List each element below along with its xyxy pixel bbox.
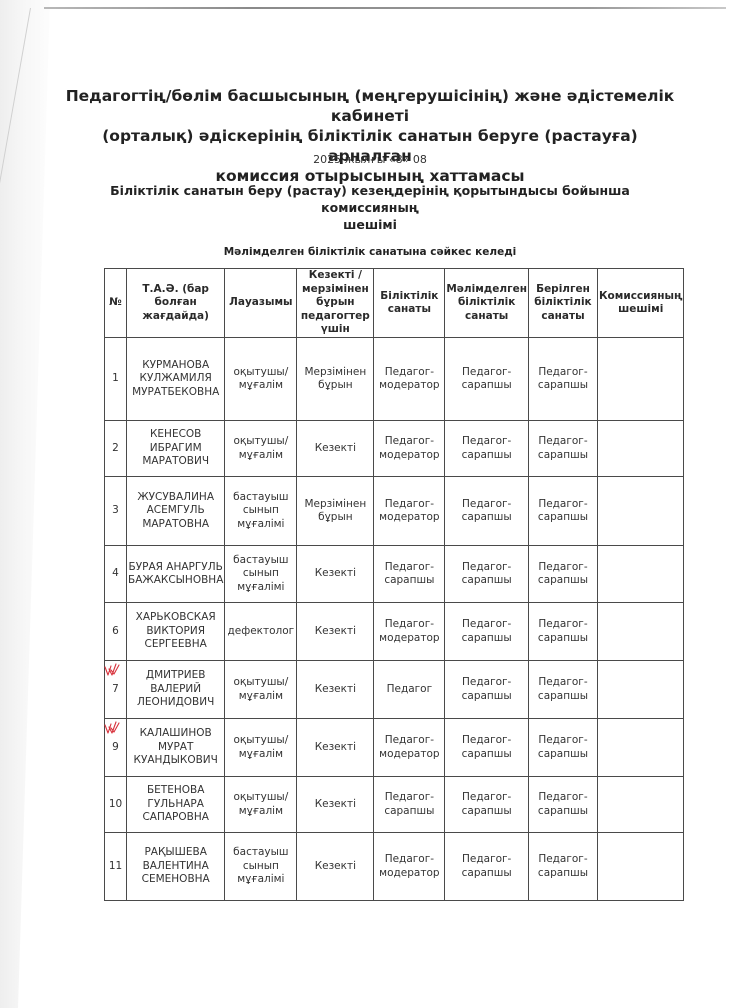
row-granted-category: Педагог-сарапшы	[528, 661, 597, 719]
row-granted-category: Педагог-сарапшы	[528, 477, 597, 546]
table-row: 10 БЕТЕНОВА ГУЛЬНАРА САПАРОВНА оқытушы/ …	[105, 777, 684, 833]
row-commission-decision	[597, 546, 684, 603]
row-commission-decision	[597, 477, 684, 546]
row-declared-category: Педагог-сарапшы	[445, 546, 529, 603]
row-position: оқытушы/ мұғалім	[225, 719, 297, 777]
row-type: Мерзімінен бұрын	[297, 477, 374, 546]
table-row: 4 БУРАЯ АНАРГУЛЬ БАЖАКСЫНОВНА бастауыш с…	[105, 546, 684, 603]
row-position: оқытушы/ мұғалім	[225, 777, 297, 833]
row-position: бастауыш сынып мұғалімі	[225, 833, 297, 901]
row-number-text: 7	[112, 683, 119, 695]
row-category: Педагог-сарапшы	[374, 777, 445, 833]
subtitle-line: Біліктілік санатын беру (растау) кезеңде…	[60, 182, 680, 216]
row-type: Кезекті	[297, 603, 374, 661]
row-position: оқытушы/ мұғалім	[225, 338, 297, 421]
row-category: Педагог-модератор	[374, 421, 445, 477]
row-full-name: ДМИТРИЕВ ВАЛЕРИЙ ЛЕОНИДОВИЧ	[127, 661, 225, 719]
header-type: Кезекті / мерзімінен бұрын педагогтер үш…	[297, 269, 374, 338]
row-number-text: 10	[109, 798, 122, 810]
table-row: 2 КЕНЕСОВ ИБРАГИМ МАРАТОВИЧ оқытушы/ мұғ…	[105, 421, 684, 477]
row-granted-category: Педагог-сарапшы	[528, 719, 597, 777]
row-type: Кезекті	[297, 421, 374, 477]
row-full-name: ЖУСУВАЛИНА АСЕМГУЛЬ МАРАТОВНА	[127, 477, 225, 546]
header-declared-category: Мәлімделген біліктілік санаты	[445, 269, 529, 338]
row-granted-category: Педагог-сарапшы	[528, 421, 597, 477]
table-row: 6 ХАРЬКОВСКАЯ ВИКТОРИЯ СЕРГЕЕВНА дефекто…	[105, 603, 684, 661]
document-date: 2025 жылғы «8» 08	[60, 153, 680, 166]
row-granted-category: Педагог-сарапшы	[528, 603, 597, 661]
table-row: 9 КАЛАШИНОВ МУРАТ КУАНДЫКОВИЧ оқытушы/ м…	[105, 719, 684, 777]
row-number-text: 6	[112, 625, 119, 637]
row-commission-decision	[597, 833, 684, 901]
row-number-text: 4	[112, 567, 119, 579]
row-granted-category: Педагог-сарапшы	[528, 546, 597, 603]
row-category: Педагог-модератор	[374, 338, 445, 421]
row-granted-category: Педагог-сарапшы	[528, 338, 597, 421]
header-category: Біліктілік санаты	[374, 269, 445, 338]
row-type: Кезекті	[297, 719, 374, 777]
handwritten-check-icon	[104, 663, 120, 677]
row-category: Педагог-модератор	[374, 719, 445, 777]
scan-page-fold	[0, 0, 60, 1008]
row-commission-decision	[597, 661, 684, 719]
table-header-row: № Т.А.Ә. (бар болған жағдайда) Лауазымы …	[105, 269, 684, 338]
row-type: Кезекті	[297, 661, 374, 719]
row-number-text: 3	[112, 504, 119, 516]
header-granted-category: Берілген біліктілік санаты	[528, 269, 597, 338]
row-full-name: КУРМАНОВА КУЛЖАМИЛЯ МУРАТБЕКОВНА	[127, 338, 225, 421]
row-granted-category: Педагог-сарапшы	[528, 833, 597, 901]
row-declared-category: Педагог-сарапшы	[445, 477, 529, 546]
row-full-name: КАЛАШИНОВ МУРАТ КУАНДЫКОВИЧ	[127, 719, 225, 777]
header-full-name: Т.А.Ә. (бар болған жағдайда)	[127, 269, 225, 338]
row-full-name: БЕТЕНОВА ГУЛЬНАРА САПАРОВНА	[127, 777, 225, 833]
row-declared-category: Педагог-сарапшы	[445, 338, 529, 421]
row-type: Мерзімінен бұрын	[297, 338, 374, 421]
row-number: 2	[105, 421, 127, 477]
row-position: оқытушы/ мұғалім	[225, 421, 297, 477]
header-position: Лауазымы	[225, 269, 297, 338]
table-row: 1 КУРМАНОВА КУЛЖАМИЛЯ МУРАТБЕКОВНА оқыту…	[105, 338, 684, 421]
row-declared-category: Педагог-сарапшы	[445, 603, 529, 661]
row-position: оқытушы/ мұғалім	[225, 661, 297, 719]
table-row: 11 РАҚЫШЕВА ВАЛЕНТИНА СЕМЕНОВНА бастауыш…	[105, 833, 684, 901]
row-type: Кезекті	[297, 546, 374, 603]
row-category: Педагог-модератор	[374, 603, 445, 661]
document-subtitle: Біліктілік санатын беру (растау) кезеңде…	[60, 182, 680, 233]
row-number-text: 1	[112, 372, 119, 384]
decision-table: № Т.А.Ә. (бар болған жағдайда) Лауазымы …	[104, 268, 684, 901]
row-category: Педагог-модератор	[374, 833, 445, 901]
row-full-name: КЕНЕСОВ ИБРАГИМ МАРАТОВИЧ	[127, 421, 225, 477]
table-row: 3 ЖУСУВАЛИНА АСЕМГУЛЬ МАРАТОВНА бастауыш…	[105, 477, 684, 546]
row-type: Кезекті	[297, 833, 374, 901]
row-declared-category: Педагог-сарапшы	[445, 719, 529, 777]
row-position: бастауыш сынып мұғалімі	[225, 477, 297, 546]
row-number: 6	[105, 603, 127, 661]
row-commission-decision	[597, 719, 684, 777]
row-number: 11	[105, 833, 127, 901]
row-commission-decision	[597, 603, 684, 661]
subtitle-line: шешімі	[60, 216, 680, 233]
document-title: Педагогтің/бөлім басшысының (меңгерушісі…	[60, 86, 680, 186]
row-category: Педагог-сарапшы	[374, 546, 445, 603]
row-number: 7	[105, 661, 127, 719]
handwritten-check-icon	[104, 721, 120, 735]
row-granted-category: Педагог-сарапшы	[528, 777, 597, 833]
row-category: Педагог	[374, 661, 445, 719]
table-row: 7 ДМИТРИЕВ ВАЛЕРИЙ ЛЕОНИДОВИЧ оқытушы/ м…	[105, 661, 684, 719]
header-commission-decision: Комиссияның шешімі	[597, 269, 684, 338]
row-commission-decision	[597, 338, 684, 421]
title-line: Педагогтің/бөлім басшысының (меңгерушісі…	[60, 86, 680, 126]
header-number: №	[105, 269, 127, 338]
row-number: 4	[105, 546, 127, 603]
row-number-text: 2	[112, 442, 119, 454]
row-declared-category: Педагог-сарапшы	[445, 777, 529, 833]
row-declared-category: Педагог-сарапшы	[445, 421, 529, 477]
row-declared-category: Педагог-сарапшы	[445, 661, 529, 719]
row-position: бастауыш сынып мұғалімі	[225, 546, 297, 603]
row-position: дефектолог	[225, 603, 297, 661]
row-number: 3	[105, 477, 127, 546]
table-body: 1 КУРМАНОВА КУЛЖАМИЛЯ МУРАТБЕКОВНА оқыту…	[105, 338, 684, 901]
row-declared-category: Педагог-сарапшы	[445, 833, 529, 901]
row-category: Педагог-модератор	[374, 477, 445, 546]
row-number-text: 9	[112, 741, 119, 753]
scan-page-edge	[44, 7, 726, 9]
row-full-name: БУРАЯ АНАРГУЛЬ БАЖАКСЫНОВНА	[127, 546, 225, 603]
row-commission-decision	[597, 421, 684, 477]
row-number: 1	[105, 338, 127, 421]
table-caption: Мәлімделген біліктілік санатына сәйкес к…	[60, 246, 680, 258]
row-commission-decision	[597, 777, 684, 833]
row-number: 10	[105, 777, 127, 833]
row-type: Кезекті	[297, 777, 374, 833]
row-full-name: ХАРЬКОВСКАЯ ВИКТОРИЯ СЕРГЕЕВНА	[127, 603, 225, 661]
row-full-name: РАҚЫШЕВА ВАЛЕНТИНА СЕМЕНОВНА	[127, 833, 225, 901]
row-number: 9	[105, 719, 127, 777]
row-number-text: 11	[109, 860, 122, 872]
